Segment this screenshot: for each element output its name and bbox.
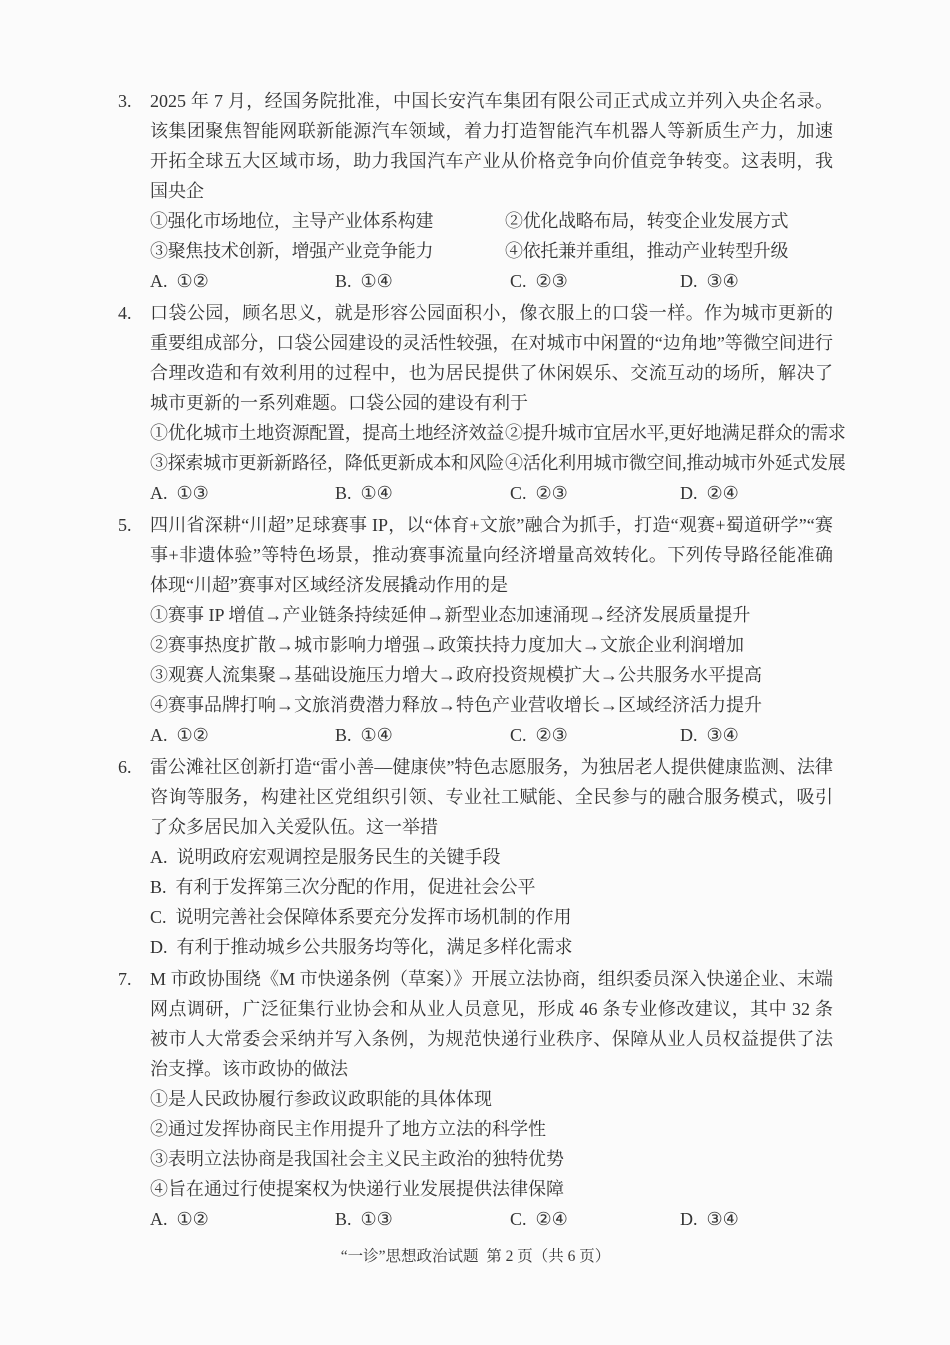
question-7: 7. M 市政协围绕《M 市快递条例（草案）》开展立法协商，组织委员深入快递企业… [118, 964, 833, 1234]
question-stem: M 市政协围绕《M 市快递条例（草案）》开展立法协商，组织委员深入快递企业、末端… [150, 964, 833, 1084]
exam-page: 3. 2025 年 7 月，经国务院批准，中国长安汽车集团有限公司正式成立并列入… [0, 0, 950, 1345]
choice-d: D. 有利于推动城乡公共服务均等化，满足多样化需求 [150, 932, 833, 962]
statement-1: ①是人民政协履行参政议政职能的具体体现 [150, 1084, 833, 1114]
choice-row: A. ①② B. ①④ C. ②③ D. ③④ [150, 720, 833, 750]
statement-pairs: ①优化城市土地资源配置，提高土地经济效益 ②提升城市宜居水平,更好地满足群众的需… [150, 418, 833, 478]
question-number: 6. [118, 752, 150, 962]
choice-a: A. ①② [150, 1204, 335, 1234]
statement-pairs: ①强化市场地位，主导产业体系构建 ②优化战略布局，转变企业发展方式 ③聚焦技术创… [150, 206, 833, 266]
statement-2: ②赛事热度扩散→城市影响力增强→政策扶持力度加大→文旅企业利润增加 [150, 630, 833, 660]
statement-4: ④赛事品牌打响→文旅消费潜力释放→特色产业营收增长→区域经济活力提升 [150, 690, 833, 720]
question-3: 3. 2025 年 7 月，经国务院批准，中国长安汽车集团有限公司正式成立并列入… [118, 86, 833, 296]
choice-d: D. ③④ [680, 720, 833, 750]
question-6: 6. 雷公滩社区创新打造“雷小善—健康侠”特色志愿服务，为独居老人提供健康监测、… [118, 752, 833, 962]
question-4: 4. 口袋公园，顾名思义，就是形容公园面积小，像衣服上的口袋一样。作为城市更新的… [118, 298, 833, 508]
statement-1: ①强化市场地位，主导产业体系构建 [150, 206, 505, 236]
statement-4: ④旨在通过行使提案权为快递行业发展提供法律保障 [150, 1174, 833, 1204]
statement-2: ②通过发挥协商民主作用提升了地方立法的科学性 [150, 1114, 833, 1144]
choice-b: B. 有利于发挥第三次分配的作用，促进社会公平 [150, 872, 833, 902]
question-number: 5. [118, 510, 150, 750]
question-number: 7. [118, 964, 150, 1234]
choice-a: A. ①② [150, 720, 335, 750]
statement-1: ①赛事 IP 增值→产业链条持续延伸→新型业态加速涌现→经济发展质量提升 [150, 600, 833, 630]
statement-2: ②优化战略布局，转变企业发展方式 [505, 206, 833, 236]
statement-3: ③观赛人流集聚→基础设施压力增大→政府投资规模扩大→公共服务水平提高 [150, 660, 833, 690]
choice-c: C. ②③ [510, 266, 680, 296]
choice-a: A. ①② [150, 266, 335, 296]
choice-c: C. ②③ [510, 478, 680, 508]
choice-a: A. ①③ [150, 478, 335, 508]
choice-b: B. ①④ [335, 720, 510, 750]
choice-row: A. ①③ B. ①④ C. ②③ D. ②④ [150, 478, 833, 508]
question-stem: 口袋公园，顾名思义，就是形容公园面积小，像衣服上的口袋一样。作为城市更新的重要组… [150, 298, 833, 418]
statement-4: ④依托兼并重组，推动产业转型升级 [505, 236, 833, 266]
question-5: 5. 四川省深耕“川超”足球赛事 IP，以“体育+文旅”融合为抓手，打造“观赛+… [118, 510, 833, 750]
choice-c: C. ②④ [510, 1204, 680, 1234]
choice-row: A. ①② B. ①③ C. ②④ D. ③④ [150, 1204, 833, 1234]
statement-list: ①赛事 IP 增值→产业链条持续延伸→新型业态加速涌现→经济发展质量提升 ②赛事… [150, 600, 833, 720]
question-stem: 四川省深耕“川超”足球赛事 IP，以“体育+文旅”融合为抓手，打造“观赛+蜀道研… [150, 510, 833, 600]
statement-3: ③表明立法协商是我国社会主义民主政治的独特优势 [150, 1144, 833, 1174]
choice-c: C. ②③ [510, 720, 680, 750]
choice-a: A. 说明政府宏观调控是服务民生的关键手段 [150, 842, 833, 872]
statement-2: ②提升城市宜居水平,更好地满足群众的需求 [505, 418, 846, 448]
question-number: 4. [118, 298, 150, 508]
choice-d: D. ②④ [680, 478, 833, 508]
question-stem: 2025 年 7 月，经国务院批准，中国长安汽车集团有限公司正式成立并列入央企名… [150, 86, 833, 206]
page-footer: “一诊”思想政治试题 第 2 页（共 6 页） [118, 1245, 833, 1269]
question-stem: 雷公滩社区创新打造“雷小善—健康侠”特色志愿服务，为独居老人提供健康监测、法律咨… [150, 752, 833, 842]
statement-list: ①是人民政协履行参政议政职能的具体体现 ②通过发挥协商民主作用提升了地方立法的科… [150, 1084, 833, 1204]
choice-b: B. ①④ [335, 478, 510, 508]
choice-row: A. ①② B. ①④ C. ②③ D. ③④ [150, 266, 833, 296]
statement-3: ③聚焦技术创新，增强产业竞争能力 [150, 236, 505, 266]
question-number: 3. [118, 86, 150, 296]
statement-1: ①优化城市土地资源配置，提高土地经济效益 [150, 418, 505, 448]
choice-list: A. 说明政府宏观调控是服务民生的关键手段 B. 有利于发挥第三次分配的作用，促… [150, 842, 833, 962]
choice-c: C. 说明完善社会保障体系要充分发挥市场机制的作用 [150, 902, 833, 932]
choice-b: B. ①④ [335, 266, 510, 296]
choice-d: D. ③④ [680, 1204, 833, 1234]
choice-d: D. ③④ [680, 266, 833, 296]
statement-4: ④活化利用城市微空间,推动城市外延式发展 [505, 448, 846, 478]
choice-b: B. ①③ [335, 1204, 510, 1234]
statement-3: ③探索城市更新新路径，降低更新成本和风险 [150, 448, 505, 478]
